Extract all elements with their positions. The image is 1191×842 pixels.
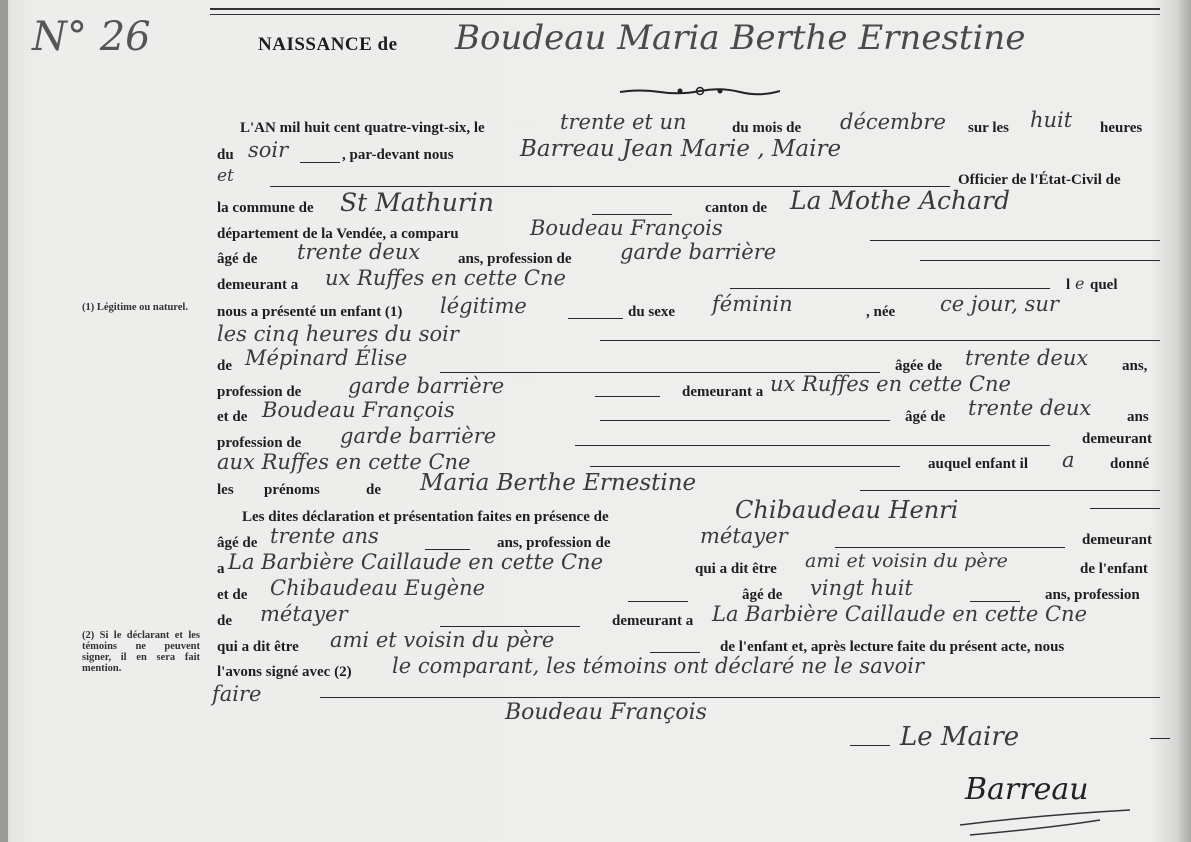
- text-qui-a-dit: qui a dit être: [695, 561, 777, 578]
- hand-signature-statement: le comparant, les témoins ont déclaré ne…: [392, 654, 924, 678]
- text-les: les: [217, 482, 234, 499]
- blank-rule: [595, 396, 660, 397]
- blank-rule: [440, 626, 580, 627]
- hand-witness1-age: trente ans: [270, 524, 379, 548]
- text-nee: , née: [866, 304, 895, 321]
- record-title: NAISSANCE de: [258, 34, 398, 56]
- hand-canton: La Mothe Achard: [790, 186, 1010, 215]
- text-demeurant-witness1: demeurant: [1082, 532, 1152, 549]
- text-month-label: du mois de: [732, 120, 801, 137]
- hand-legitimacy: légitime: [440, 294, 527, 318]
- text-prenoms: prénoms: [264, 482, 320, 499]
- text-qui-a-dit-2: qui a dit être: [217, 639, 299, 656]
- hand-et: et: [217, 166, 234, 186]
- text-age: âgé de: [217, 251, 257, 268]
- blank-rule: [628, 601, 688, 602]
- blank-rule: [1150, 738, 1170, 739]
- signature-mayor-title: Le Maire: [900, 722, 1019, 752]
- hand-month: décembre: [840, 110, 946, 134]
- child-name-heading: Boudeau Maria Berthe Ernestine: [455, 18, 1025, 58]
- hand-father-profession: garde barrière: [340, 424, 496, 448]
- text-age-father: âgé de: [905, 409, 945, 426]
- text-a-witness1: a: [217, 561, 225, 578]
- hand-witness2-relation: ami et voisin du père: [330, 628, 554, 652]
- hand-witness2-age: vingt huit: [810, 576, 913, 600]
- hand-birth-time: les cinq heures du soir: [217, 322, 459, 346]
- blank-rule: [590, 466, 900, 467]
- hand-commune: St Mathurin: [340, 188, 494, 217]
- signature-flourish-icon: [950, 800, 1150, 840]
- margin-note-legitimate: (1) Légitime ou naturel.: [82, 302, 200, 313]
- hand-witness1-residence: La Barbière Caillaude en cette Cne: [228, 550, 603, 574]
- hand-declarant: Boudeau François: [530, 216, 723, 240]
- hand-father-age: trente deux: [968, 396, 1091, 420]
- text-de-lenfant: de l'enfant: [1080, 561, 1148, 578]
- text-demeurant-witness2: demeurant a: [612, 613, 693, 630]
- top-double-rule: [210, 8, 1160, 15]
- text-demeurant: demeurant a: [217, 277, 298, 294]
- hand-mother-residence: ux Ruffes en cette Cne: [770, 372, 1011, 396]
- hand-witness1-name: Chibaudeau Henri: [735, 496, 958, 524]
- blank-rule: [600, 420, 890, 421]
- text-heures: heures: [1100, 120, 1142, 137]
- text-et-de-father: et de: [217, 409, 247, 426]
- register-page: N° 26 NAISSANCE de Boudeau Maria Berthe …: [0, 0, 1191, 842]
- blank-rule: [650, 652, 700, 653]
- hand-declarant-residence: ux Ruffes en cette Cne: [325, 266, 566, 290]
- hand-declarant-profession: garde barrière: [620, 240, 776, 264]
- blank-rule: [835, 547, 1065, 548]
- hand-witness2-residence: La Barbière Caillaude en cette Cne: [712, 602, 1087, 626]
- blank-rule: [600, 340, 1160, 341]
- blank-rule: [730, 288, 1050, 289]
- hand-witness2-name: Chibaudeau Eugène: [270, 576, 485, 600]
- hand-a: a: [1062, 448, 1075, 472]
- text-quel: quel: [1090, 277, 1118, 294]
- page-right-edge: [1177, 0, 1191, 842]
- blank-rule: [1090, 508, 1160, 509]
- text-du: du: [217, 147, 234, 164]
- text-avons-signe: l'avons signé avec (2): [217, 664, 352, 681]
- text-canton: canton de: [705, 200, 767, 217]
- text-presente: nous a présenté un enfant (1): [217, 304, 402, 321]
- hand-witness2-profession: métayer: [260, 602, 348, 626]
- text-year: L'AN mil huit cent quatre-vingt-six, le: [240, 120, 485, 137]
- hand-day: trente et un: [560, 110, 687, 134]
- text-demeurant-father: demeurant: [1082, 431, 1152, 448]
- text-ans-father: ans: [1127, 409, 1149, 426]
- blank-rule: [860, 490, 1160, 491]
- blank-rule: [575, 445, 1050, 446]
- blank-rule: [850, 745, 890, 746]
- text-de-prenoms: de: [366, 482, 381, 499]
- text-de-witness2: de: [217, 613, 232, 630]
- ornament-divider-icon: [620, 86, 780, 96]
- text-de-mother: de: [217, 358, 232, 375]
- hand-faire: faire: [212, 682, 261, 706]
- text-sexe: du sexe: [628, 304, 675, 321]
- hand-mother-profession: garde barrière: [348, 374, 504, 398]
- text-par-devant: , par-devant nous: [342, 147, 454, 164]
- blank-rule: [870, 240, 1160, 241]
- margin-note-signature: (2) Si le déclarant et les témoins ne pe…: [82, 630, 200, 674]
- hand-mayor-name: Barreau Jean Marie , Maire: [520, 136, 841, 162]
- blank-rule: [568, 318, 623, 319]
- hand-birth-day: ce jour, sur: [940, 292, 1059, 316]
- hand-declarant-age: trente deux: [297, 240, 420, 264]
- hand-father-name: Boudeau François: [262, 398, 455, 422]
- text-commune: la commune de: [217, 200, 314, 217]
- hand-given-names: Maria Berthe Ernestine: [420, 470, 696, 496]
- hand-witness1-relation: ami et voisin du père: [805, 550, 1008, 572]
- hand-mother-name: Mépinard Élise: [245, 346, 407, 370]
- hand-witness1-profession: métayer: [700, 524, 788, 548]
- hand-hour: huit: [1030, 108, 1072, 132]
- blank-rule: [320, 697, 1160, 698]
- hand-sex: féminin: [712, 292, 793, 316]
- text-auquel: auquel enfant il: [928, 456, 1028, 473]
- blank-rule: [300, 162, 340, 163]
- blank-rule: [592, 214, 672, 215]
- signature-declarant: Boudeau François: [505, 700, 707, 725]
- text-demeurant-mother: demeurant a: [682, 384, 763, 401]
- hand-e: e: [1075, 274, 1084, 293]
- text-donne: donné: [1110, 456, 1149, 473]
- record-number: N° 26: [32, 14, 151, 60]
- hand-mother-age: trente deux: [965, 346, 1088, 370]
- blank-rule: [920, 260, 1160, 261]
- text-et-de-witness2: et de: [217, 587, 247, 604]
- text-ans: ans,: [1122, 358, 1147, 375]
- hand-soir: soir: [248, 138, 288, 162]
- page-binding-edge: [0, 0, 8, 842]
- text-l: l: [1066, 277, 1070, 294]
- text-hour-label: sur les: [968, 120, 1009, 137]
